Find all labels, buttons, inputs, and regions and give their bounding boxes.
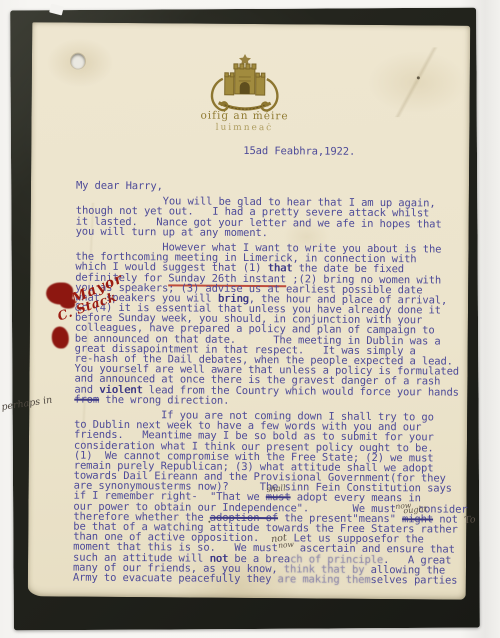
letter-seg: you will turn up at any moment. <box>76 225 268 239</box>
pencil-note-above: ought <box>403 505 427 517</box>
letter-seg: the wrong direction. <box>99 394 229 407</box>
letter-line: Army to evacuate peacefully they are mak… <box>73 573 481 586</box>
limerick-crest-icon <box>206 53 284 116</box>
letter-seg-s: from <box>74 393 99 405</box>
scan-background: { "scene": { "background_color": "#f6f5f… <box>0 0 500 638</box>
letter-seg: selves parties <box>371 574 458 587</box>
letter-paper: oifiġ an ṁéire luimneaċ 15ad Feabhra,192… <box>28 22 470 599</box>
paper-speck <box>417 76 420 79</box>
letter-seg-hw: To <box>464 515 476 526</box>
letter-seg-f: are making them <box>278 573 371 586</box>
punch-hole <box>71 54 85 69</box>
paper-crease <box>372 47 463 118</box>
letter-date: 15ad Feabhra,1922. <box>243 145 355 158</box>
red-ink-note: Mayor C. Stack <box>46 274 157 365</box>
letter-seg: Army to evacuate peacefully they <box>73 572 278 586</box>
letter-seg: My dear Harry, <box>76 180 163 193</box>
ink-blot-small <box>52 326 69 348</box>
pencil-note-above: shall <box>266 483 286 495</box>
letterhead-city-line: luimneaċ <box>164 122 324 133</box>
letterhead-office-line: oifiġ an ṁéire <box>164 109 324 122</box>
letter-body: My dear Harry, You will be glad to hear … <box>73 181 484 586</box>
letter-seg-ca: now <box>277 540 294 551</box>
